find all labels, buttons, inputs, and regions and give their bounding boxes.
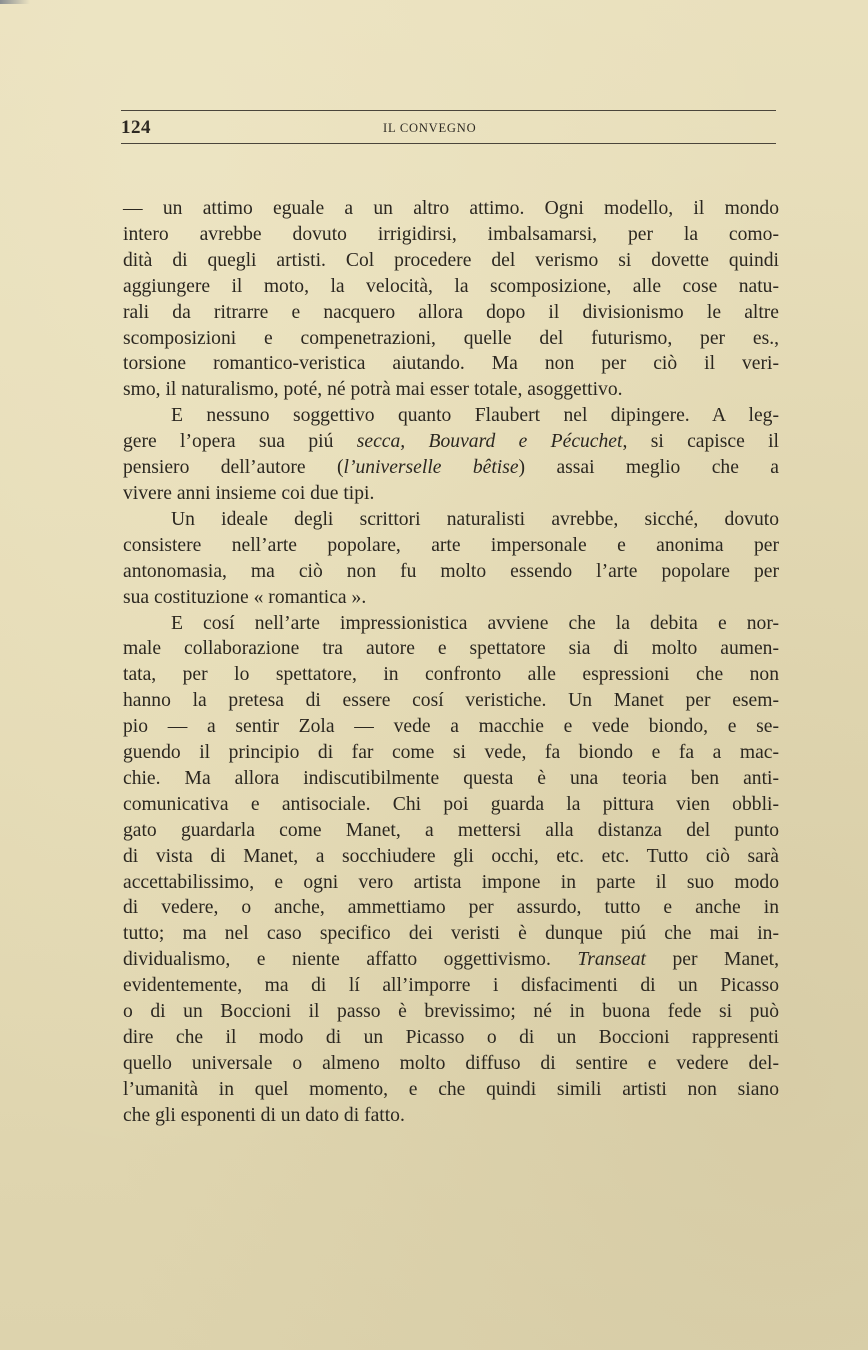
- italic-text: secca, Bouvard e Pécuchet: [357, 431, 623, 452]
- text-run: ) assai meglio che a: [519, 457, 779, 478]
- text-line: sua costituzione « romantica ».: [123, 585, 779, 611]
- book-page: 124 IL CONVEGNO — un attimo eguale a un …: [0, 0, 868, 1350]
- text-line: dità di quegli artisti. Col procedere de…: [123, 248, 779, 274]
- text-line: chie. Ma allora indiscutibilmente questa…: [123, 766, 779, 792]
- text-line: aggiungere il moto, la velocità, la scom…: [123, 274, 779, 300]
- text-line: dire che il modo di un Picasso o di un B…: [123, 1025, 779, 1051]
- text-line: l’umanità in quel momento, e che quindi …: [123, 1077, 779, 1103]
- text-line: che gli esponenti di un dato di fatto.: [123, 1103, 779, 1129]
- text-line: rali da ritrarre e nacquero allora dopo …: [123, 300, 779, 326]
- text-line: pio — a sentir Zola — vede a macchie e v…: [123, 714, 779, 740]
- paragraph: E nessuno soggettivo quanto Flaubert nel…: [123, 403, 779, 507]
- text-line: male collaborazione tra autore e spettat…: [123, 636, 779, 662]
- paragraph: E cosí nell’arte impressionistica avvien…: [123, 611, 779, 1129]
- text-line: comunicativa e antisociale. Chi poi guar…: [123, 792, 779, 818]
- text-line: consistere nell’arte popolare, arte impe…: [123, 533, 779, 559]
- text-line: di vista di Manet, a socchiudere gli occ…: [123, 844, 779, 870]
- text-line: smo, il naturalismo, poté, né potrà mai …: [123, 377, 779, 403]
- text-line: evidentemente, ma di lí all’imporre i di…: [123, 973, 779, 999]
- text-line: gere l’opera sua piú secca, Bouvard e Pé…: [123, 429, 779, 455]
- page-number: 124: [121, 117, 151, 139]
- header-rule-top: [121, 110, 776, 111]
- text-line: o di un Boccioni il passo è brevissimo; …: [123, 999, 779, 1025]
- header-rule-bottom: [121, 143, 776, 144]
- text-line: intero avrebbe dovuto irrigidirsi, imbal…: [123, 222, 779, 248]
- text-run: gere l’opera sua piú: [123, 431, 357, 452]
- text-line: gato guardarla come Manet, a mettersi al…: [123, 818, 779, 844]
- body-text: — un attimo eguale a un altro attimo. Og…: [123, 196, 779, 1129]
- paragraph: — un attimo eguale a un altro attimo. Og…: [123, 196, 779, 403]
- text-line: hanno la pretesa di essere cosí veristic…: [123, 688, 779, 714]
- text-line: E nessuno soggettivo quanto Flaubert nel…: [123, 403, 779, 429]
- text-run: per Manet,: [646, 949, 779, 970]
- italic-text: Transeat: [577, 949, 646, 970]
- text-line: pensiero dell’autore (l’universelle bêti…: [123, 455, 779, 481]
- text-line: Un ideale degli scrittori naturalisti av…: [123, 507, 779, 533]
- text-run: , si capisce il: [622, 431, 779, 452]
- text-line: accettabilissimo, e ogni vero artista im…: [123, 870, 779, 896]
- text-line: quello universale o almeno molto diffuso…: [123, 1051, 779, 1077]
- text-line: vivere anni insieme coi due tipi.: [123, 481, 779, 507]
- text-line: antonomasia, ma ciò non fu molto essendo…: [123, 559, 779, 585]
- journal-title: IL CONVEGNO: [383, 121, 476, 136]
- scan-edge-shadow: [0, 0, 30, 4]
- text-line: torsione romantico-veristica aiutando. M…: [123, 351, 779, 377]
- text-line: scomposizioni e compenetrazioni, quelle …: [123, 326, 779, 352]
- text-line: guendo il principio di far come si vede,…: [123, 740, 779, 766]
- text-line: di vedere, o anche, ammettiamo per assur…: [123, 895, 779, 921]
- text-line: dividualismo, e niente affatto oggettivi…: [123, 947, 779, 973]
- running-head: 124 IL CONVEGNO: [121, 110, 776, 146]
- italic-text: l’universelle bêtise: [344, 457, 519, 478]
- text-run: dividualismo, e niente affatto oggettivi…: [123, 949, 577, 970]
- text-line: tata, per lo spettatore, in confronto al…: [123, 662, 779, 688]
- text-run: pensiero dell’autore (: [123, 457, 344, 478]
- text-line: — un attimo eguale a un altro attimo. Og…: [123, 196, 779, 222]
- paragraph: Un ideale degli scrittori naturalisti av…: [123, 507, 779, 611]
- text-line: tutto; ma nel caso specifico dei veristi…: [123, 921, 779, 947]
- text-line: E cosí nell’arte impressionistica avvien…: [123, 611, 779, 637]
